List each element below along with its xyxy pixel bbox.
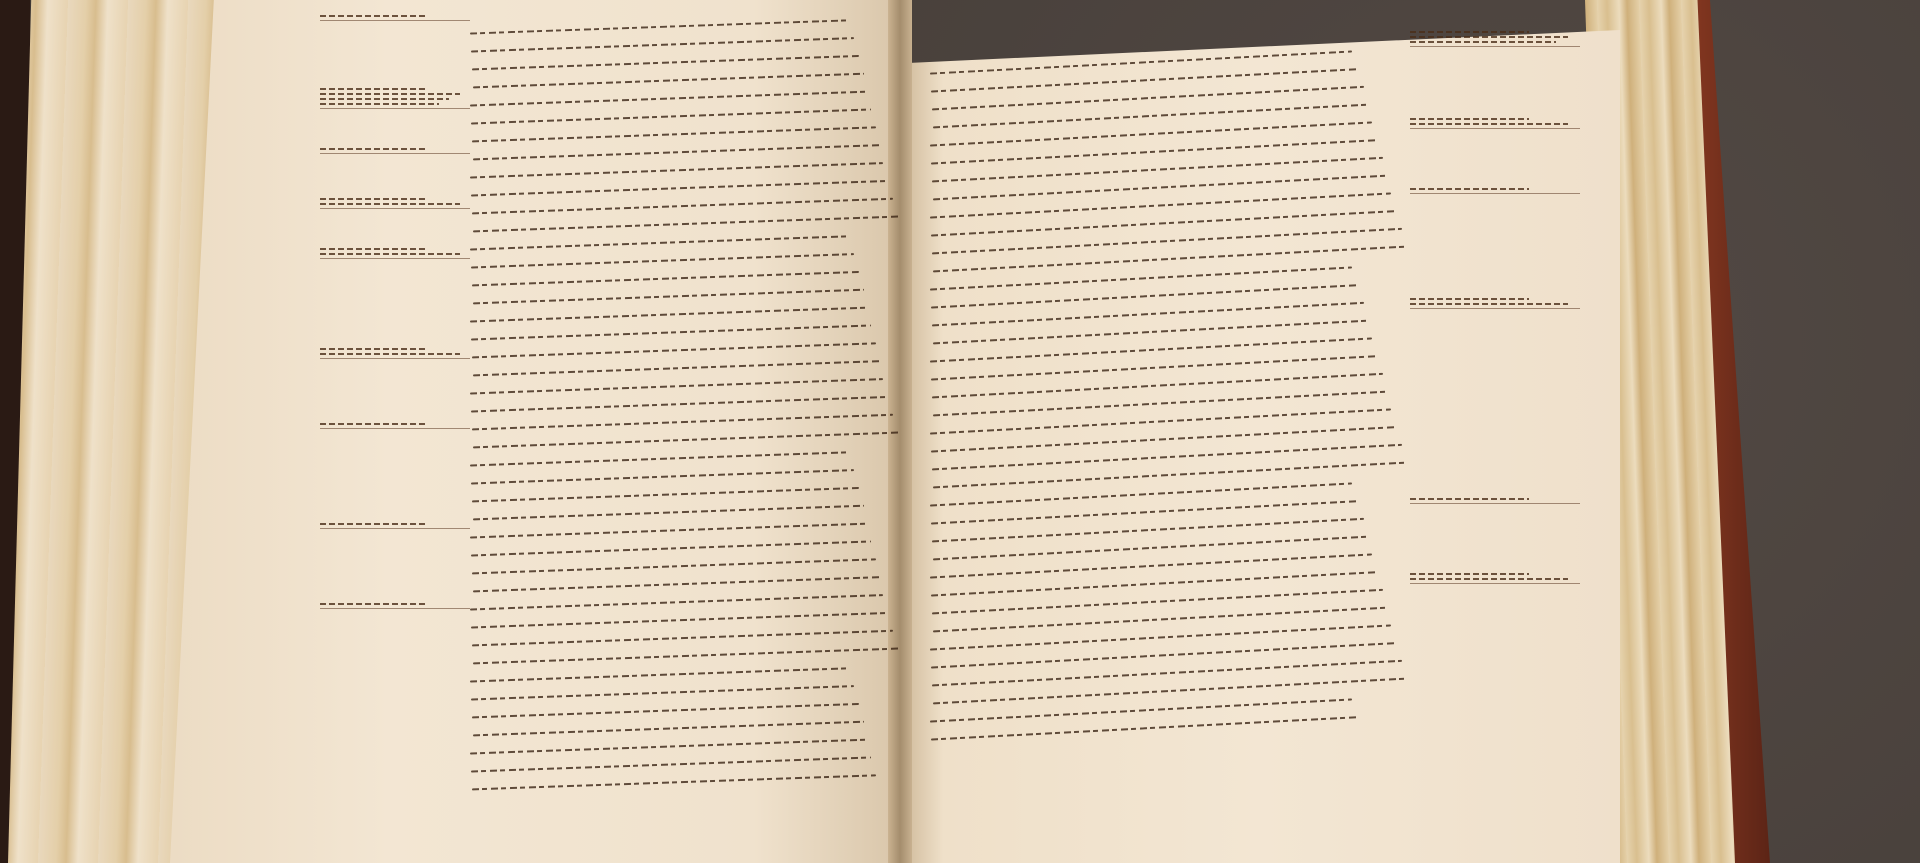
handwritten-line <box>473 576 882 592</box>
marginal-note <box>320 245 470 259</box>
handwritten-line <box>472 630 893 647</box>
handwritten-line <box>471 757 871 773</box>
marginal-note <box>1410 570 1580 584</box>
handwritten-line <box>473 360 882 376</box>
handwritten-line <box>471 685 854 700</box>
handwritten-line <box>471 612 888 629</box>
manuscript-book <box>0 0 1770 863</box>
left-page-main-text <box>470 17 900 792</box>
marginal-note <box>1410 185 1580 194</box>
handwritten-line <box>470 667 848 682</box>
handwritten-line <box>473 648 899 665</box>
handwritten-line <box>470 378 883 394</box>
handwritten-line <box>472 414 893 431</box>
handwritten-line <box>472 703 859 719</box>
handwritten-line <box>473 216 899 233</box>
handwritten-line <box>471 396 888 413</box>
marginal-note <box>1410 115 1580 129</box>
marginal-note <box>1410 295 1580 309</box>
handwritten-line <box>472 342 876 358</box>
marginal-note <box>1410 495 1580 504</box>
handwritten-line <box>471 109 871 125</box>
marginal-note <box>320 145 470 154</box>
handwritten-line <box>470 739 866 755</box>
handwritten-line <box>931 716 1358 740</box>
marginal-note <box>320 195 470 209</box>
handwritten-line <box>471 37 854 52</box>
handwritten-line <box>472 126 876 142</box>
handwritten-line <box>472 198 893 215</box>
handwritten-line <box>473 505 864 521</box>
handwritten-line <box>473 432 899 449</box>
handwritten-line <box>470 91 866 107</box>
handwritten-line <box>472 271 859 287</box>
marginal-note <box>320 520 470 529</box>
handwritten-line <box>470 235 848 250</box>
handwritten-line <box>470 451 848 466</box>
handwritten-line <box>472 487 859 503</box>
handwritten-line <box>471 541 871 557</box>
handwritten-line <box>473 289 864 305</box>
marginal-note <box>1410 28 1580 47</box>
handwritten-line <box>472 55 859 71</box>
handwritten-line <box>473 721 864 737</box>
marginal-note <box>320 85 470 109</box>
handwritten-line <box>471 180 888 197</box>
marginal-note <box>320 420 470 429</box>
handwritten-line <box>470 162 883 178</box>
marginal-note <box>320 600 470 609</box>
handwritten-line <box>471 469 854 484</box>
handwritten-line <box>472 558 876 574</box>
marginal-note <box>320 12 470 21</box>
marginal-note <box>320 345 470 359</box>
handwritten-line <box>471 325 871 341</box>
handwritten-line <box>470 523 866 539</box>
handwritten-line <box>473 144 882 160</box>
handwritten-line <box>470 594 883 610</box>
handwritten-line <box>471 253 854 268</box>
handwritten-line <box>473 73 864 89</box>
right-page-main-text <box>930 47 1410 772</box>
handwritten-line <box>470 307 866 323</box>
